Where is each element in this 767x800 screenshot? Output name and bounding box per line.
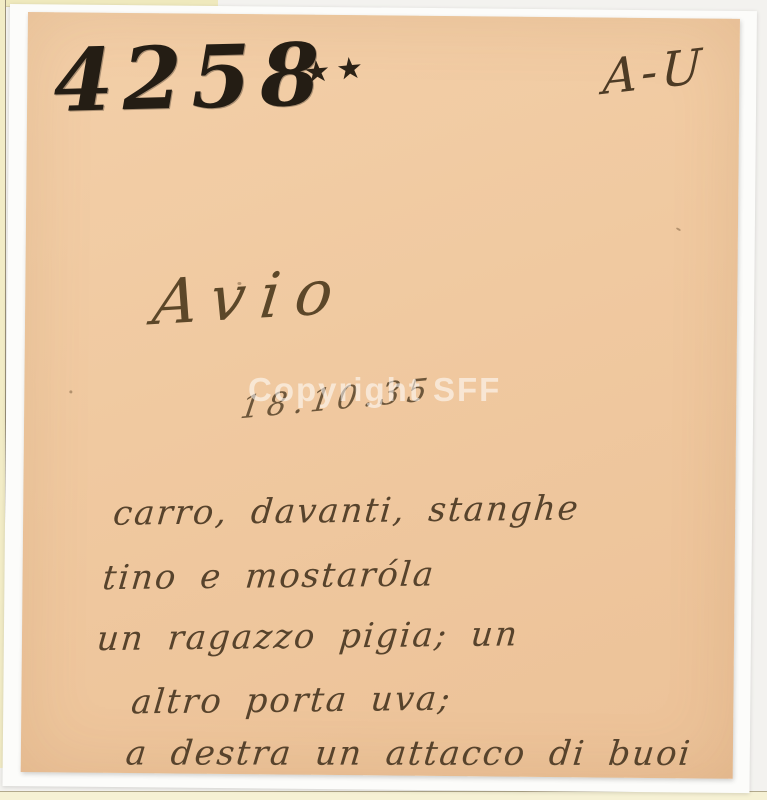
caption-card: 4258 ★★ A-U Avio 18.10.35 carro, davanti… — [21, 12, 740, 779]
caption-line: a destra un attacco di buoi — [124, 733, 694, 773]
paper-speck — [237, 282, 241, 285]
paper-speck — [69, 390, 72, 393]
place-title: Avio — [149, 254, 352, 339]
caption-line: tino e mostaróla — [101, 554, 437, 598]
caption-line: un ragazzo pigia; un — [95, 614, 521, 659]
paper-speck — [676, 227, 681, 231]
star-marks-icon: ★★ — [302, 50, 371, 91]
photo-of-caption-card: 4258 ★★ A-U Avio 18.10.35 carro, davanti… — [0, 0, 767, 800]
adjacent-paper-bottom-edge — [0, 791, 767, 800]
caption-line: altro porta uva; — [130, 679, 454, 723]
caption-line: carro, davanti, stanghe — [111, 488, 581, 533]
series-code: A-U — [602, 38, 706, 106]
catalog-number: 4258 — [52, 24, 330, 132]
date-noted: 18.10.35 — [238, 371, 437, 426]
